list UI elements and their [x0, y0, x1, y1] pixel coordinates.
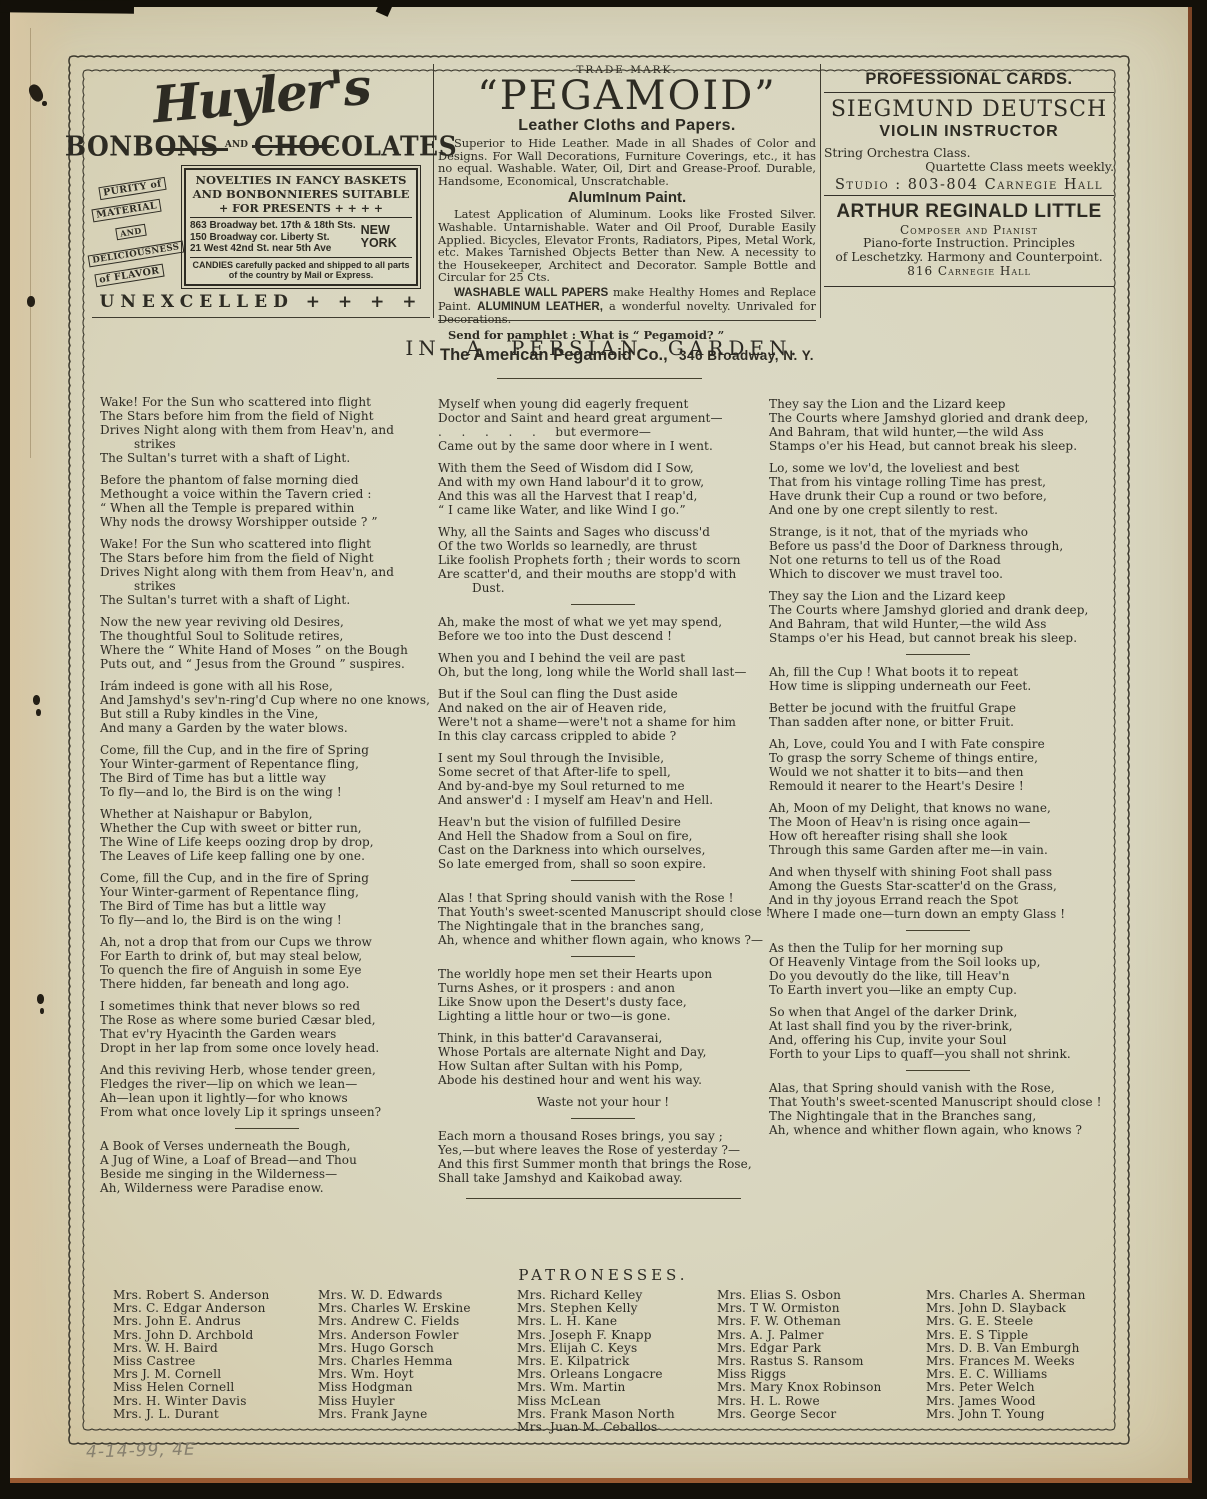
patroness-name: Mrs. A. J. Palmer	[717, 1329, 882, 1342]
verse-line: Your Winter-garment of Repentance fling,	[100, 757, 434, 771]
verse-line: And in thy joyous Errand reach the Spot	[769, 893, 1107, 907]
verse-line: How oft hereafter rising shall she look	[769, 829, 1107, 843]
patroness-column: Mrs. Elias S. OsbonMrs. T W. OrmistonMrs…	[717, 1289, 882, 1421]
verse-line: Like foolish Prophets forth ; their word…	[438, 553, 768, 567]
stanza: Come, fill the Cup, and in the fire of S…	[100, 871, 434, 927]
verse-line: To Earth invert you—like an empty Cup.	[769, 983, 1107, 997]
verse-line: Some secret of that After-life to spell,	[438, 765, 768, 779]
novelties-line: AND BONBONNIERES SUITABLE	[190, 187, 412, 201]
washable-wall-papers: WASHABLE WALL PAPERS	[454, 286, 608, 299]
verse-line: So late emerged from, shall so soon expi…	[438, 857, 768, 871]
huylers-ribbon: of FLAVOR	[94, 264, 164, 288]
verse-line: Drives Night along with them from Heav'n…	[100, 423, 434, 437]
verse-line: When you and I behind the veil are past	[438, 651, 768, 665]
verse-line: And with my own Hand labour'd it to grow…	[438, 475, 768, 489]
pegamoid-paragraph: Latest Application of Aluminum. Looks li…	[438, 208, 816, 284]
verse-line: Ah, make the most of what we yet may spe…	[438, 615, 768, 629]
ad-pegamoid: TRADE MARK. “PEGAMOID” Leather Cloths an…	[438, 64, 816, 365]
verse-line: The Bird of Time has but a little way	[100, 771, 434, 785]
stanza: But if the Soul can fling the Dust aside…	[438, 687, 768, 743]
verse-line: Stamps o'er his Head, but cannot break h…	[769, 631, 1107, 645]
stanza-divider	[906, 930, 970, 931]
verse-line: Alas, that Spring should vanish with the…	[769, 1081, 1107, 1095]
huylers-ribbons: PURITY ofMATERIALANDDELICIOUSNESSof FLAV…	[92, 176, 184, 285]
verse-line: To fly—and lo, the Bird is on the wing !	[100, 913, 434, 927]
verse-line: Alas ! that Spring should vanish with th…	[438, 891, 768, 905]
verse-line: Now the new year reviving old Desires,	[100, 615, 434, 629]
verse-line: The worldly hope men set their Hearts up…	[438, 967, 768, 981]
centered-verse-line: Waste not your hour !	[438, 1095, 768, 1109]
patroness-name: Mrs. H. Winter Davis	[113, 1395, 269, 1408]
verse-line: Come, fill the Cup, and in the fire of S…	[100, 871, 434, 885]
stanza: Think, in this batter'd Caravanserai,Who…	[438, 1031, 768, 1087]
verse-line: But still a Ruby kindles in the Vine,	[100, 707, 434, 721]
verse-line: Stamps o'er his Head, but cannot break h…	[769, 439, 1107, 453]
stanza: With them the Seed of Wisdom did I Sow,A…	[438, 461, 768, 517]
patroness-name: Mrs. Anderson Fowler	[318, 1329, 471, 1342]
verse-line: And this reviving Herb, whose tender gre…	[100, 1063, 434, 1077]
stanza: Strange, is it not, that of the myriads …	[769, 525, 1107, 581]
stanza-divider	[906, 1070, 970, 1071]
aluminum-leather: ALUMINUM LEATHER,	[477, 300, 603, 313]
verse-line: A Book of Verses underneath the Bough,	[100, 1139, 434, 1153]
handwritten-date: 4-14-99, 4E	[86, 1440, 196, 1463]
huylers-ribbon: MATERIAL	[91, 199, 161, 223]
verse-line: At last shall find you by the river-brin…	[769, 1019, 1107, 1033]
card-detail: String Orchestra Class.	[824, 146, 1114, 160]
verse-line: Cast on the Darkness into which ourselve…	[438, 843, 768, 857]
stanza: Now the new year reviving old Desires,Th…	[100, 615, 434, 671]
stanza: The worldly hope men set their Hearts up…	[438, 967, 768, 1023]
patroness-column: Mrs. Robert S. AndersonMrs. C. Edgar And…	[113, 1289, 269, 1421]
card-detail: Quartette Class meets weekly.	[824, 160, 1114, 174]
verse-line: Ah, not a drop that from our Cups we thr…	[100, 935, 434, 949]
ad-band-rule	[92, 317, 430, 318]
verse-line: The Moon of Heav'n is rising once again—	[769, 815, 1107, 829]
stanza-divider	[235, 1128, 299, 1129]
verse-line: To grasp the sorry Scheme of things enti…	[769, 751, 1107, 765]
verse-line: Of the two Worlds so learnedly, are thru…	[438, 539, 768, 553]
verse-line: Whose Portals are alternate Night and Da…	[438, 1045, 768, 1059]
patroness-name: Mrs. James Wood	[926, 1395, 1086, 1408]
stanza: Alas, that Spring should vanish with the…	[769, 1081, 1107, 1137]
title-rule	[497, 378, 702, 379]
verse-line: And this first Summer month that brings …	[438, 1157, 768, 1171]
verse-line: And, offering his Cup, invite your Soul	[769, 1033, 1107, 1047]
pegamoid-wordmark: “PEGAMOID”	[438, 76, 816, 116]
verse-line: And answer'd : I myself am Heav'n and He…	[438, 793, 768, 807]
verse-line: Through this same Garden after me—in vai…	[769, 843, 1107, 857]
huylers-product-line: BONBONS AND CHOCOLATES	[92, 132, 430, 161]
verse-line: The Nightingale that in the branches san…	[438, 919, 768, 933]
verse-line: The Leaves of Life keep falling one by o…	[100, 849, 434, 863]
verse-line: Where I made one—turn down an empty Glas…	[769, 907, 1107, 921]
address-line: 863 Broadway bet. 17th & 18th Sts.	[190, 220, 356, 232]
verse-line: Irám indeed is gone with all his Rose,	[100, 679, 434, 693]
stanza-divider	[906, 654, 970, 655]
verse-line: The Sultan's turret with a shaft of Ligh…	[100, 451, 434, 465]
stanza-divider	[571, 880, 635, 881]
verse-line: Came out by the same door where in I wen…	[438, 439, 768, 453]
verse-line: Why nods the drowsy Worshipper outside ?…	[100, 515, 434, 529]
studio-line: Studio : 803-804 Carnegie Hall	[824, 177, 1114, 196]
verse-line: Like Snow upon the Desert's dusty face,	[438, 995, 768, 1009]
shipping-note: CANDIES carefully packed and shipped to …	[190, 260, 412, 281]
verse-line: The Nightingale that in the Branches san…	[769, 1109, 1107, 1123]
stanza: Each morn a thousand Roses brings, you s…	[438, 1129, 768, 1185]
verse-line: Not one returns to tell us of the Road	[769, 553, 1107, 567]
verse-line: Oh, but the long, long while the World s…	[438, 665, 768, 679]
verse-line: Puts out, and “ Jesus from the Ground ” …	[100, 657, 434, 671]
address-line: 21 West 42nd St. near 5th Ave	[190, 243, 356, 255]
verse-line: The thoughtful Soul to Solitude retires,	[100, 629, 434, 643]
verse-line: Shall take Jamshyd and Kaikobad away.	[438, 1171, 768, 1185]
verse-line: Ah, Wilderness were Paradise enow.	[100, 1181, 434, 1195]
verse-line: Whether at Naishapur or Babylon,	[100, 807, 434, 821]
patroness-name: Miss Huyler	[318, 1395, 471, 1408]
verse-line: The Bird of Time has but a little way	[100, 899, 434, 913]
verse-line: And this was all the Harvest that I reap…	[438, 489, 768, 503]
verse-line: Whether the Cup with sweet or bitter run…	[100, 821, 434, 835]
verse-line: That Youth's sweet-scented Manuscript sh…	[438, 905, 768, 919]
verse-line: Methought a voice within the Tavern crie…	[100, 487, 434, 501]
stanza: When you and I behind the veil are pastO…	[438, 651, 768, 679]
aluminum-paint-heading: AlumInum Paint.	[438, 189, 816, 206]
city-label: NEW YORK	[361, 224, 397, 250]
stanza: Ah, fill the Cup ! What boots it to repe…	[769, 665, 1107, 693]
verse-line: And one by one crept silently to rest.	[769, 503, 1107, 517]
unexcelled-line: UNEXCELLED + + + +	[92, 292, 430, 312]
verse-line: Wake! For the Sun who scattered into fli…	[100, 395, 434, 409]
verse-line: Strange, is it not, that of the myriads …	[769, 525, 1107, 539]
verse-line: Think, in this batter'd Caravanserai,	[438, 1031, 768, 1045]
card-name-deutsch: SIEGMUND DEUTSCH	[824, 97, 1114, 122]
verse-line: Drives Night along with them from Heav'n…	[100, 565, 434, 579]
verse-line: The Sultan's turret with a shaft of Ligh…	[100, 593, 434, 607]
verse-line: Doctor and Saint and heard great argumen…	[438, 411, 768, 425]
verse-line: Yes,—but where leaves the Rose of yester…	[438, 1143, 768, 1157]
verse-line: That Youth's sweet-scented Manuscript sh…	[769, 1095, 1107, 1109]
stanza: Ah, Moon of my Delight, that knows no wa…	[769, 801, 1107, 857]
huylers-bonbons: BONBONS	[65, 131, 219, 162]
verse-line: Were't not a shame—were't not a shame fo…	[438, 715, 768, 729]
verse-line: Among the Guests Star-scatter'd on the G…	[769, 879, 1107, 893]
verse-line: And by-and-bye my Soul returned to me	[438, 779, 768, 793]
verse-line: Are scatter'd, and their mouths are stop…	[438, 567, 768, 581]
huylers-middle: PURITY ofMATERIALANDDELICIOUSNESSof FLAV…	[92, 168, 430, 282]
stanza: Irám indeed is gone with all his Rose,An…	[100, 679, 434, 735]
verse-line: Ah—lean upon it lightly—for who knows	[100, 1091, 434, 1105]
verse-line: The Courts where Jamshyd gloried and dra…	[769, 603, 1107, 617]
verse-line: They say the Lion and the Lizard keep	[769, 397, 1107, 411]
verse-line: And Jamshyd's sev'n-ring'd Cup where no …	[100, 693, 434, 707]
ad-column-divider	[820, 64, 821, 318]
verse-line: Before we too into the Dust descend !	[438, 629, 768, 643]
stanza: Before the phantom of false morning died…	[100, 473, 434, 529]
verse-line: Would we not shatter it to bits—and then	[769, 765, 1107, 779]
huylers-ribbon: PURITY of	[98, 177, 166, 200]
patroness-name: Mrs. George Secor	[717, 1408, 882, 1421]
stanza: Why, all the Saints and Sages who discus…	[438, 525, 768, 595]
verse-line: And Bahram, that wild Hunter,—the wild A…	[769, 617, 1107, 631]
verse-column-2: Myself when young did eagerly frequentDo…	[438, 397, 768, 1209]
verse-line: And when thyself with shining Foot shall…	[769, 865, 1107, 879]
patroness-name: Mrs. Wm. Martin	[517, 1381, 675, 1394]
verse-line: Of Heavenly Vintage from the Soil looks …	[769, 955, 1107, 969]
verse-line: They say the Lion and the Lizard keep	[769, 589, 1107, 603]
patroness-name: Miss Helen Cornell	[113, 1381, 269, 1394]
verse-line: To quench the fire of Anguish in some Ey…	[100, 963, 434, 977]
patroness-name: Mrs. Mary Knox Robinson	[717, 1381, 882, 1394]
stanza: Myself when young did eagerly frequentDo…	[438, 397, 768, 453]
stanza: I sometimes think that never blows so re…	[100, 999, 434, 1055]
patroness-name: Mrs. Joseph F. Knapp	[517, 1329, 675, 1342]
patroness-name: Mrs. Frank Jayne	[318, 1408, 471, 1421]
verse-line: Remould it nearer to the Heart's Desire …	[769, 779, 1107, 793]
verse-line: The Courts where Jamshyd gloried and dra…	[769, 411, 1107, 425]
verse-line: Where the “ White Hand of Moses ” on the…	[100, 643, 434, 657]
stanza-divider	[571, 956, 635, 957]
patroness-name: Mrs. Peter Welch	[926, 1381, 1086, 1394]
address-line: 150 Broadway cor. Liberty St.	[190, 232, 356, 244]
stanza: Ah, Love, could You and I with Fate cons…	[769, 737, 1107, 793]
verse-line: Have drunk their Cup a round or two befo…	[769, 489, 1107, 503]
verse-line: The Wine of Life keeps oozing drop by dr…	[100, 835, 434, 849]
verse-line: Fledges the river—lip on which we lean—	[100, 1077, 434, 1091]
stanza: Heav'n but the vision of fulfilled Desir…	[438, 815, 768, 871]
stanza: Come, fill the Cup, and in the fire of S…	[100, 743, 434, 799]
patroness-name: Mrs. Andrew C. Fields	[318, 1315, 471, 1328]
verse-line: From what once lovely Lip it springs uns…	[100, 1105, 434, 1119]
verse-line: Come, fill the Cup, and in the fire of S…	[100, 743, 434, 757]
patroness-name: Mrs. John D. Archbold	[113, 1329, 269, 1342]
card-detail: 816 Carnegie Hall	[824, 264, 1114, 282]
verse-line: strikes	[100, 437, 434, 451]
verse-line: Forth to your Lips to quaff—you shall no…	[769, 1047, 1107, 1061]
verse-line: Why, all the Saints and Sages who discus…	[438, 525, 768, 539]
stanza: Better be jocund with the fruitful Grape…	[769, 701, 1107, 729]
stanza: Ah, not a drop that from our Cups we thr…	[100, 935, 434, 991]
card-role: Composer and Pianist	[824, 223, 1114, 237]
professional-cards: PROFESSIONAL CARDS. SIEGMUND DEUTSCH VIO…	[824, 70, 1114, 287]
verse-line: The Stars before him from the field of N…	[100, 551, 434, 565]
verse-line: Before the phantom of false morning died	[100, 473, 434, 487]
card-detail: Piano-forte Instruction. Principles	[824, 237, 1114, 251]
huylers-ribbon: AND	[115, 224, 146, 240]
card-rule	[824, 286, 1114, 287]
professional-cards-heading: PROFESSIONAL CARDS.	[824, 70, 1114, 93]
verse-line: Beside me singing in the Wilderness—	[100, 1167, 434, 1181]
verse-line: Ah, Moon of my Delight, that knows no wa…	[769, 801, 1107, 815]
stanza: Whether at Naishapur or Babylon,Whether …	[100, 807, 434, 863]
stanza: Ah, make the most of what we yet may spe…	[438, 615, 768, 643]
patroness-name: Mrs. Juan M. Ceballos	[517, 1421, 675, 1434]
box-rule	[190, 217, 412, 218]
verse-line: Ah, whence and whither flown again, who …	[438, 933, 768, 947]
huylers-script-logo: Huyler's	[90, 53, 432, 137]
verse-line: “ When all the Temple is prepared within	[100, 501, 434, 515]
verse-line: To fly—and lo, the Bird is on the wing !	[100, 785, 434, 799]
verse-line: And Hell the Shadow from a Soul on fire,	[438, 829, 768, 843]
patroness-name: Mrs. G. E. Steele	[926, 1315, 1086, 1328]
stanza: Wake! For the Sun who scattered into fli…	[100, 395, 434, 465]
verse-line: Which to discover we must travel too.	[769, 567, 1107, 581]
verse-line: Your Winter-garment of Repentance fling,	[100, 885, 434, 899]
verse-line: Each morn a thousand Roses brings, you s…	[438, 1129, 768, 1143]
stanza: They say the Lion and the Lizard keepThe…	[769, 589, 1107, 645]
stanza: Lo, some we lov'd, the loveliest and bes…	[769, 461, 1107, 517]
verse-line: I sent my Soul through the Invisible,	[438, 751, 768, 765]
pegamoid-paragraph: Superior to Hide Leather. Made in all Sh…	[438, 137, 816, 187]
verse-line: Ah, whence and whither flown again, who …	[769, 1123, 1107, 1137]
stanza-divider	[466, 1198, 741, 1199]
patroness-name: Mrs. H. L. Rowe	[717, 1395, 882, 1408]
pegamoid-paragraph: WASHABLE WALL PAPERS make Healthy Homes …	[438, 286, 816, 326]
huylers-addresses: 863 Broadway bet. 17th & 18th Sts. 150 B…	[190, 220, 412, 255]
verse-line: A Jug of Wine, a Loaf of Bread—and Thou	[100, 1153, 434, 1167]
stanza: They say the Lion and the Lizard keepThe…	[769, 397, 1107, 453]
huylers-chocolates: CHOCOLATES	[254, 131, 457, 162]
verse-line: Better be jocund with the fruitful Grape	[769, 701, 1107, 715]
verse-line: There hidden, far beneath and long ago.	[100, 977, 434, 991]
verse-line: How time is slipping underneath our Feet…	[769, 679, 1107, 693]
verse-line: How Sultan after Sultan with his Pomp,	[438, 1059, 768, 1073]
verse-line: Ah, Love, could You and I with Fate cons…	[769, 737, 1107, 751]
program-title: IN A PERSIAN GARDEN.	[0, 336, 1207, 360]
patronesses-heading: PATRONESSES.	[0, 1266, 1207, 1284]
ad-huylers: Huyler's BONBONS AND CHOCOLATES PURITY o…	[92, 64, 430, 312]
stanza: A Book of Verses underneath the Bough,A …	[100, 1139, 434, 1195]
patroness-name: Mrs. J. L. Durant	[113, 1408, 269, 1421]
verse-line: Before us pass'd the Door of Darkness th…	[769, 539, 1107, 553]
verse-line: In this clay carcass crippled to abide ?	[438, 729, 768, 743]
stanza: And when thyself with shining Foot shall…	[769, 865, 1107, 921]
novelties-line: NOVELTIES IN FANCY BASKETS	[190, 173, 412, 187]
patroness-name: Mrs. John T. Young	[926, 1408, 1086, 1421]
verse-line: Than sadden after none, or bitter Fruit.	[769, 715, 1107, 729]
card-role: VIOLIN INSTRUCTOR	[824, 123, 1114, 141]
patroness-column: Mrs. Charles A. ShermanMrs. John D. Slay…	[926, 1289, 1086, 1421]
card-detail: of Leschetzky. Harmony and Counterpoint.	[824, 251, 1114, 265]
verse-line: But if the Soul can fling the Dust aside	[438, 687, 768, 701]
verse-line: I sometimes think that never blows so re…	[100, 999, 434, 1013]
box-rule	[190, 257, 412, 258]
patroness-name: Miss Hodgman	[318, 1381, 471, 1394]
stanza: Wake! For the Sun who scattered into fli…	[100, 537, 434, 607]
verse-column-3: They say the Lion and the Lizard keepThe…	[769, 397, 1107, 1145]
verse-line: Myself when young did eagerly frequent	[438, 397, 768, 411]
verse-line: Lighting a little hour or two—is gone.	[438, 1009, 768, 1023]
stanza-divider	[571, 1118, 635, 1119]
stanza: And this reviving Herb, whose tender gre…	[100, 1063, 434, 1119]
verse-line: Lo, some we lov'd, the loveliest and bes…	[769, 461, 1107, 475]
verse-line: The Stars before him from the field of N…	[100, 409, 434, 423]
pegamoid-subtitle: Leather Cloths and Papers.	[438, 117, 816, 135]
card-name-little: ARTHUR REGINALD LITTLE	[824, 201, 1114, 223]
verse-line: “ I came like Water, and like Wind I go.…	[438, 503, 768, 517]
patroness-column: Mrs. Richard KelleyMrs. Stephen KellyMrs…	[517, 1289, 675, 1434]
huylers-and: AND	[225, 140, 248, 150]
verse-line: Wake! For the Sun who scattered into fli…	[100, 537, 434, 551]
patroness-name: Mrs. E. S Tipple	[926, 1329, 1086, 1342]
patroness-name: Mrs. L. H. Kane	[517, 1315, 675, 1328]
huylers-ribbon: DELICIOUSNESS	[88, 241, 185, 268]
verse-line: That ev'ry Hyacinth the Garden wears	[100, 1027, 434, 1041]
patroness-name: Mrs. F. W. Otheman	[717, 1315, 882, 1328]
stanza: So when that Angel of the darker Drink,A…	[769, 1005, 1107, 1061]
huylers-novelties-box: NOVELTIES IN FANCY BASKETS AND BONBONNIE…	[184, 168, 418, 286]
verse-line: Ah, fill the Cup ! What boots it to repe…	[769, 665, 1107, 679]
stanza: As then the Tulip for her morning supOf …	[769, 941, 1107, 997]
verse-line: The Rose as where some buried Cæsar bled…	[100, 1013, 434, 1027]
verse-line: Turns Ashes, or it prospers : and anon	[438, 981, 768, 995]
verse-line: Abode his destined hour and went his way…	[438, 1073, 768, 1087]
stanza: I sent my Soul through the Invisible,Som…	[438, 751, 768, 807]
novelties-line: + FOR PRESENTS + + + +	[190, 202, 412, 215]
verse-line: And naked on the air of Heaven ride,	[438, 701, 768, 715]
ad-column-divider	[433, 64, 434, 318]
patroness-name: Miss McLean	[517, 1395, 675, 1408]
stanza: Alas ! that Spring should vanish with th…	[438, 891, 768, 947]
verse-line: Dropt in her lap from some once lovely h…	[100, 1041, 434, 1055]
verse-line: Heav'n but the vision of fulfilled Desir…	[438, 815, 768, 829]
verse-line: . . . . . but evermore—	[438, 425, 768, 439]
verse-line: For Earth to drink of, but may steal bel…	[100, 949, 434, 963]
verse-line: Do you devoutly do the like, till Heav'n	[769, 969, 1107, 983]
verse-line: As then the Tulip for her morning sup	[769, 941, 1107, 955]
verse-line: And Bahram, that wild hunter,—the wild A…	[769, 425, 1107, 439]
stanza-divider	[571, 604, 635, 605]
verse-line: And many a Garden by the water blows.	[100, 721, 434, 735]
program-page-scan: Huyler's BONBONS AND CHOCOLATES PURITY o…	[0, 0, 1207, 1499]
patroness-name: Mrs. John E. Andrus	[113, 1315, 269, 1328]
verse-line: Dust.	[438, 581, 768, 595]
verse-column-1: Wake! For the Sun who scattered into fli…	[100, 395, 434, 1203]
verse-line: strikes	[100, 579, 434, 593]
verse-line: So when that Angel of the darker Drink,	[769, 1005, 1107, 1019]
patroness-column: Mrs. W. D. EdwardsMrs. Charles W. Erskin…	[318, 1289, 471, 1421]
verse-line: With them the Seed of Wisdom did I Sow,	[438, 461, 768, 475]
verse-line: That from his vintage rolling Time has p…	[769, 475, 1107, 489]
